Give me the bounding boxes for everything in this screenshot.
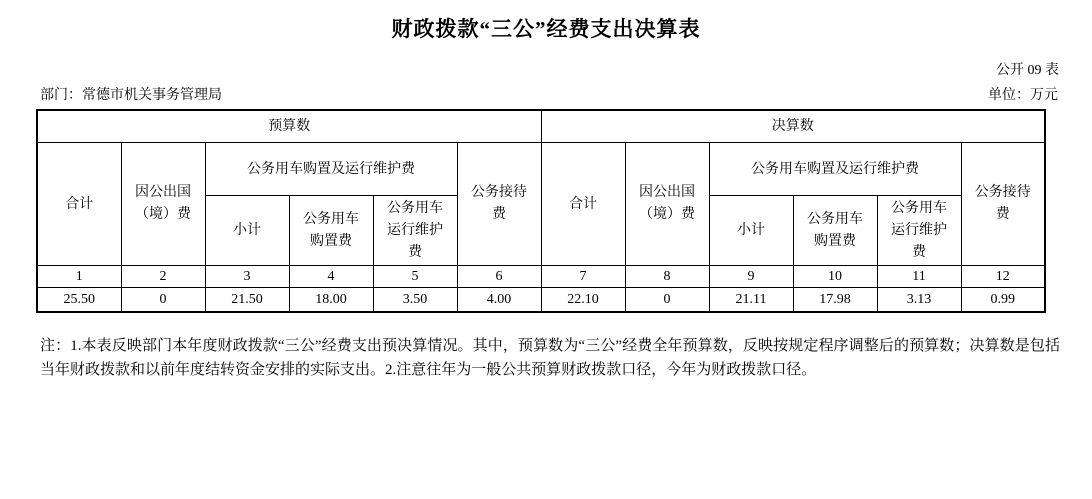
value-budget-vehicle-maintenance: 3.50 <box>373 288 457 313</box>
value-budget-total: 25.50 <box>37 288 121 313</box>
header-final-vehicle-maintenance: 公务用车运行维护费 <box>877 196 961 266</box>
page: 财政拨款“三公”经费支出决算表 公开 09 表 部门：常德市机关事务管理局 单位… <box>0 0 1092 499</box>
column-number-3: 3 <box>205 266 289 288</box>
header-final-vehicle-purchase: 公务用车购置费 <box>793 196 877 266</box>
three-public-expense-table: 预算数 决算数 合计 因公出国（境）费 公务用车购置及运行维护费 公务接待费 合… <box>36 109 1046 313</box>
header-final-abroad: 因公出国（境）费 <box>625 143 709 266</box>
group-header-row: 预算数 决算数 <box>37 110 1045 143</box>
column-number-5: 5 <box>373 266 457 288</box>
column-number-row: 1 2 3 4 5 6 7 8 9 10 11 12 <box>37 266 1045 288</box>
column-number-8: 8 <box>625 266 709 288</box>
header-budget-vehicle-purchase: 公务用车购置费 <box>289 196 373 266</box>
group-header-final: 决算数 <box>541 110 1045 143</box>
column-number-1: 1 <box>37 266 121 288</box>
form-number: 公开 09 表 <box>0 63 1092 79</box>
value-budget-vehicle-purchase: 18.00 <box>289 288 373 313</box>
data-row: 25.50 0 21.50 18.00 3.50 4.00 22.10 0 21… <box>37 288 1045 313</box>
value-final-vehicle-maintenance: 3.13 <box>877 288 961 313</box>
column-header-row: 合计 因公出国（境）费 公务用车购置及运行维护费 公务接待费 合计 因公出国（境… <box>37 143 1045 196</box>
header-budget-abroad: 因公出国（境）费 <box>121 143 205 266</box>
column-number-10: 10 <box>793 266 877 288</box>
value-final-vehicle-subtotal: 21.11 <box>709 288 793 313</box>
column-number-2: 2 <box>121 266 205 288</box>
value-final-total: 22.10 <box>541 288 625 313</box>
department-label: 部门：常德市机关事务管理局 <box>40 88 222 104</box>
column-number-11: 11 <box>877 266 961 288</box>
page-title: 财政拨款“三公”经费支出决算表 <box>0 0 1092 42</box>
meta-row: 部门：常德市机关事务管理局 单位：万元 <box>0 88 1092 104</box>
column-number-12: 12 <box>961 266 1045 288</box>
header-budget-reception: 公务接待费 <box>457 143 541 266</box>
value-budget-abroad: 0 <box>121 288 205 313</box>
unit-label: 单位：万元 <box>988 88 1058 104</box>
header-budget-vehicle-subtotal: 小计 <box>205 196 289 266</box>
header-budget-vehicle-group: 公务用车购置及运行维护费 <box>205 143 457 196</box>
header-final-reception: 公务接待费 <box>961 143 1045 266</box>
column-number-7: 7 <box>541 266 625 288</box>
value-final-abroad: 0 <box>625 288 709 313</box>
header-final-vehicle-group: 公务用车购置及运行维护费 <box>709 143 961 196</box>
header-budget-total: 合计 <box>37 143 121 266</box>
group-header-budget: 预算数 <box>37 110 541 143</box>
header-final-total: 合计 <box>541 143 625 266</box>
header-budget-vehicle-maintenance: 公务用车运行维护费 <box>373 196 457 266</box>
value-budget-vehicle-subtotal: 21.50 <box>205 288 289 313</box>
header-final-vehicle-subtotal: 小计 <box>709 196 793 266</box>
value-final-reception: 0.99 <box>961 288 1045 313</box>
value-final-vehicle-purchase: 17.98 <box>793 288 877 313</box>
notes: 注：1.本表反映部门本年度财政拨款“三公”经费支出预决算情况。其中，预算数为“三… <box>40 334 1060 382</box>
column-number-4: 4 <box>289 266 373 288</box>
column-number-9: 9 <box>709 266 793 288</box>
value-budget-reception: 4.00 <box>457 288 541 313</box>
column-number-6: 6 <box>457 266 541 288</box>
